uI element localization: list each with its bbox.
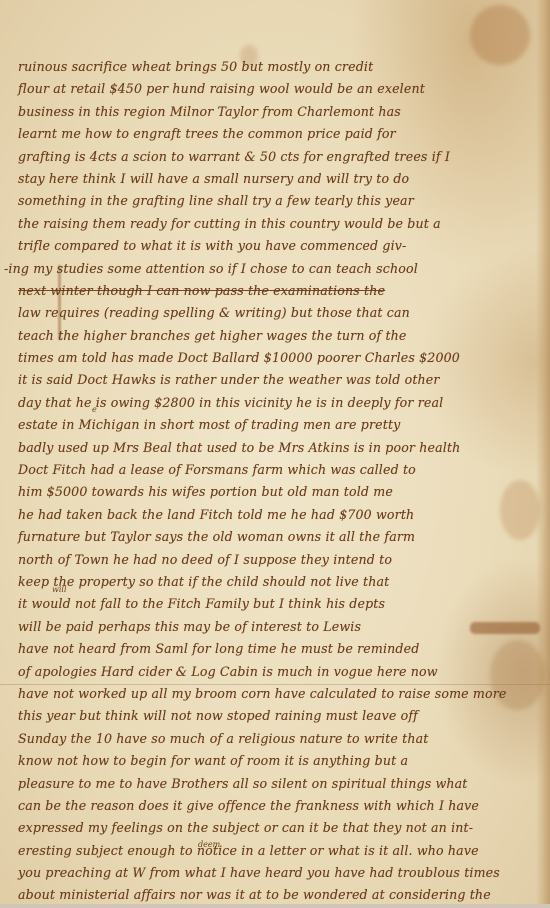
letter-body: ruinous sacrifice wheat brings 50 but mo…: [18, 56, 543, 907]
letter-line: Sunday the 10 have so much of a religiou…: [18, 728, 543, 750]
letter-line: have not worked up all my broom corn hav…: [18, 683, 543, 705]
interlinear-insertion: e: [92, 405, 97, 414]
paper-bottom-edge: [0, 904, 550, 908]
letter-line: -ing my studies some attention so if I c…: [4, 258, 543, 280]
letter-line: grafting is 4cts a scion to warrant & 50…: [18, 146, 543, 168]
letter-line: north of Town he had no deed of I suppos…: [18, 549, 543, 571]
letter-line: flour at retail $450 per hund raising wo…: [18, 78, 543, 100]
letter-line: know not how to begin for want of room i…: [18, 750, 543, 772]
letter-page: ruinous sacrifice wheat brings 50 but mo…: [0, 0, 550, 908]
letter-line: pleasure to me to have Brothers all so s…: [18, 773, 543, 795]
letter-line: trifle compared to what it is with you h…: [18, 235, 543, 257]
letter-line: law requires (reading spelling & writing…: [18, 302, 543, 324]
letter-line-struck: next winter though I can now pass the ex…: [18, 280, 543, 302]
letter-line: he had taken back the land Fitch told me…: [18, 504, 543, 526]
interlinear-insertion: will: [52, 585, 67, 594]
letter-line: ruinous sacrifice wheat brings 50 but mo…: [18, 56, 543, 78]
letter-line: keep the property so that if the child s…: [18, 571, 543, 593]
letter-line: furnature but Taylor says the old woman …: [18, 526, 543, 548]
letter-line: estate in Michigan in short most of trad…: [18, 414, 543, 436]
letter-line: Doct Fitch had a lease of Forsmans farm …: [18, 459, 543, 481]
letter-line: the raising them ready for cutting in th…: [18, 213, 543, 235]
letter-line: can be the reason does it give offence t…: [18, 795, 543, 817]
letter-line: it would not fall to the Fitch Family bu…: [18, 593, 543, 615]
letter-line: something in the grafting line shall try…: [18, 190, 543, 212]
letter-line: it is said Doct Hawks is rather under th…: [18, 369, 543, 391]
letter-line: him $5000 towards his wifes portion but …: [18, 481, 543, 503]
letter-line: stay here think I will have a small nurs…: [18, 168, 543, 190]
letter-line: eresting subject enough to notice in a l…: [18, 840, 543, 862]
letter-line: expressed my feelings on the subject or …: [18, 817, 543, 839]
interlinear-insertion: deem: [198, 840, 220, 849]
letter-line: this year but think will not now stoped …: [18, 705, 543, 727]
letter-line: have not heard from Saml for long time h…: [18, 638, 543, 660]
letter-line: learnt me how to engraft trees the commo…: [18, 123, 543, 145]
letter-line: teach the higher branches get higher wag…: [18, 325, 543, 347]
letter-line: you preaching at W from what I have hear…: [18, 862, 543, 884]
letter-line: of apologies Hard cider & Log Cabin is m…: [18, 661, 543, 683]
letter-line: business in this region Milnor Taylor fr…: [18, 101, 543, 123]
letter-line: times am told has made Doct Ballard $100…: [18, 347, 543, 369]
letter-line: will be paid perhaps this may be of inte…: [18, 616, 543, 638]
letter-line: badly used up Mrs Beal that used to be M…: [18, 437, 543, 459]
